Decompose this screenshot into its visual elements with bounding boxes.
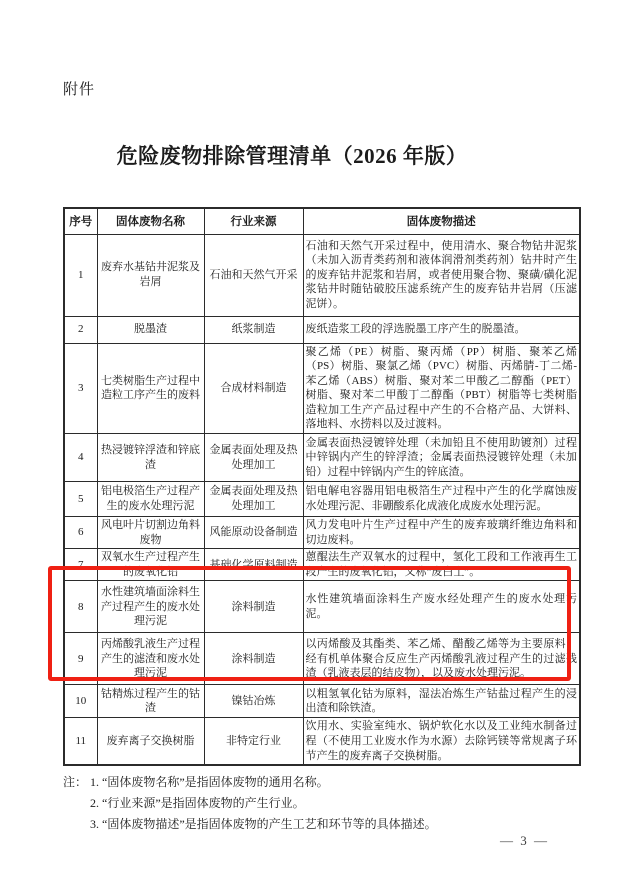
note-item: 注： 1. “固体废物名称”是指固体废物的通用名称。 xyxy=(63,772,553,793)
industry-cell: 镍钴冶炼 xyxy=(204,685,303,718)
note-text: 1. “固体废物名称”是指固体废物的通用名称。 xyxy=(90,772,329,793)
table-row: 6 风电叶片切割边角料废物 风能原动设备制造 风力发电叶片生产过程中产生的废弃玻… xyxy=(64,517,580,549)
row-number-cell: 2 xyxy=(64,316,97,343)
notes-label: 注： xyxy=(63,772,90,793)
table-row-highlighted: 9 丙烯酸乳液生产过程产生的滤渣和废水处理污泥 涂料制造 以丙烯酸及其酯类、苯乙… xyxy=(64,633,580,685)
waste-table: 序号 固体废物名称 行业来源 固体废物描述 1 废弃水基钻井泥浆及岩屑 石油和天… xyxy=(63,207,581,766)
notes: 注： 1. “固体废物名称”是指固体废物的通用名称。 2. “行业来源”是指固体… xyxy=(63,772,553,835)
industry-cell: 石油和天然气开采 xyxy=(204,234,303,316)
note-item: 2. “行业来源”是指固体废物的产生行业。 xyxy=(90,793,553,814)
note-text: 2. “行业来源”是指固体废物的产生行业。 xyxy=(90,793,305,814)
row-number-cell: 11 xyxy=(64,718,97,765)
description-cell: 饮用水、实验室纯水、锅炉软化水以及工业纯水制备过程（不使用工业废水作为水源）去除… xyxy=(303,718,580,765)
description-cell: 蒽醌法生产双氧水的过程中，氢化工段和工作液再生工段产生的废氧化铝，又称“废白土”… xyxy=(303,549,580,581)
industry-cell: 金属表面处理及热处理加工 xyxy=(204,482,303,517)
row-number-cell: 5 xyxy=(64,482,97,517)
waste-name-cell: 双氧水生产过程产生的废氧化铝 xyxy=(97,549,204,581)
description-cell: 水性建筑墙面涂料生产废水经处理产生的废水处理污泥。 xyxy=(303,581,580,633)
row-number-cell: 6 xyxy=(64,517,97,549)
table-header-row: 序号 固体废物名称 行业来源 固体废物描述 xyxy=(64,208,580,234)
industry-cell: 风能原动设备制造 xyxy=(204,517,303,549)
description-cell: 以丙烯酸及其酯类、苯乙烯、醋酸乙烯等为主要原料，经有机单体聚合反应生产丙烯酸乳液… xyxy=(303,633,580,685)
table-row: 2 脱墨渣 纸浆制造 废纸造浆工段的浮选脱墨工序产生的脱墨渣。 xyxy=(64,316,580,343)
waste-name-cell: 风电叶片切割边角料废物 xyxy=(97,517,204,549)
description-cell: 风力发电叶片生产过程中产生的废弃玻璃纤维边角料和切边废料。 xyxy=(303,517,580,549)
description-cell: 石油和天然气开采过程中，使用清水、聚合物钻井泥浆（未加入沥青类药剂和液体润滑剂类… xyxy=(303,234,580,316)
industry-cell: 纸浆制造 xyxy=(204,316,303,343)
waste-name-cell: 钴精炼过程产生的钴渣 xyxy=(97,685,204,718)
table-row: 4 热浸镀锌浮渣和锌底渣 金属表面处理及热处理加工 金属表面热浸镀锌处理（未加铅… xyxy=(64,434,580,482)
waste-name-cell: 水性建筑墙面涂料生产过程产生的废水处理污泥 xyxy=(97,581,204,633)
table-row: 3 七类树脂生产过程中造粒工序产生的废料 合成材料制造 聚乙烯（PE）树脂、聚丙… xyxy=(64,343,580,434)
industry-cell: 合成材料制造 xyxy=(204,343,303,434)
description-cell: 金属表面热浸镀锌处理（未加铅且不使用助镀剂）过程中锌锅内产生的锌浮渣；金属表面热… xyxy=(303,434,580,482)
description-cell: 铝电解电容器用铝电极箔生产过程中产生的化学腐蚀废水处理污泥、非硼酸系化成液化成废… xyxy=(303,482,580,517)
row-number-cell: 9 xyxy=(64,633,97,685)
table-row-highlighted: 8 水性建筑墙面涂料生产过程产生的废水处理污泥 涂料制造 水性建筑墙面涂料生产废… xyxy=(64,581,580,633)
waste-name-cell: 热浸镀锌浮渣和锌底渣 xyxy=(97,434,204,482)
table-row: 11 废弃离子交换树脂 非特定行业 饮用水、实验室纯水、锅炉软化水以及工业纯水制… xyxy=(64,718,580,765)
header-waste-name: 固体废物名称 xyxy=(97,208,204,234)
table-row: 7 双氧水生产过程产生的废氧化铝 基础化学原料制造 蒽醌法生产双氧水的过程中，氢… xyxy=(64,549,580,581)
industry-cell: 基础化学原料制造 xyxy=(204,549,303,581)
description-cell: 以粗氢氧化钴为原料，湿法冶炼生产钴盐过程产生的浸出渣和除铁渣。 xyxy=(303,685,580,718)
waste-name-cell: 脱墨渣 xyxy=(97,316,204,343)
waste-name-cell: 废弃水基钻井泥浆及岩屑 xyxy=(97,234,204,316)
waste-name-cell: 七类树脂生产过程中造粒工序产生的废料 xyxy=(97,343,204,434)
document-title: 危险废物排除管理清单（2026 年版） xyxy=(0,140,584,170)
industry-cell: 涂料制造 xyxy=(204,581,303,633)
description-cell: 聚乙烯（PE）树脂、聚丙烯（PP）树脂、聚苯乙烯（PS）树脂、聚氯乙烯（PVC）… xyxy=(303,343,580,434)
header-industry-source: 行业来源 xyxy=(204,208,303,234)
row-number-cell: 10 xyxy=(64,685,97,718)
row-number-cell: 1 xyxy=(64,234,97,316)
row-number-cell: 3 xyxy=(64,343,97,434)
page-number: — 3 — xyxy=(500,833,549,849)
header-seq-no: 序号 xyxy=(64,208,97,234)
industry-cell: 涂料制造 xyxy=(204,633,303,685)
document-page: 附件 危险废物排除管理清单（2026 年版） 序号 固体废物名称 行业来源 固体… xyxy=(0,0,634,893)
header-waste-description: 固体废物描述 xyxy=(303,208,580,234)
attachment-label: 附件 xyxy=(63,78,95,99)
waste-name-cell: 废弃离子交换树脂 xyxy=(97,718,204,765)
row-number-cell: 8 xyxy=(64,581,97,633)
waste-name-cell: 丙烯酸乳液生产过程产生的滤渣和废水处理污泥 xyxy=(97,633,204,685)
industry-cell: 金属表面处理及热处理加工 xyxy=(204,434,303,482)
industry-cell: 非特定行业 xyxy=(204,718,303,765)
description-cell: 废纸造浆工段的浮选脱墨工序产生的脱墨渣。 xyxy=(303,316,580,343)
table-row: 10 钴精炼过程产生的钴渣 镍钴冶炼 以粗氢氧化钴为原料，湿法冶炼生产钴盐过程产… xyxy=(64,685,580,718)
table-row: 5 铝电极箔生产过程产生的废水处理污泥 金属表面处理及热处理加工 铝电解电容器用… xyxy=(64,482,580,517)
table-row: 1 废弃水基钻井泥浆及岩屑 石油和天然气开采 石油和天然气开采过程中，使用清水、… xyxy=(64,234,580,316)
row-number-cell: 7 xyxy=(64,549,97,581)
waste-name-cell: 铝电极箔生产过程产生的废水处理污泥 xyxy=(97,482,204,517)
note-text: 3. “固体废物描述”是指固体废物的产生工艺和环节等的具体描述。 xyxy=(90,814,437,835)
row-number-cell: 4 xyxy=(64,434,97,482)
note-item: 3. “固体废物描述”是指固体废物的产生工艺和环节等的具体描述。 xyxy=(90,814,553,835)
